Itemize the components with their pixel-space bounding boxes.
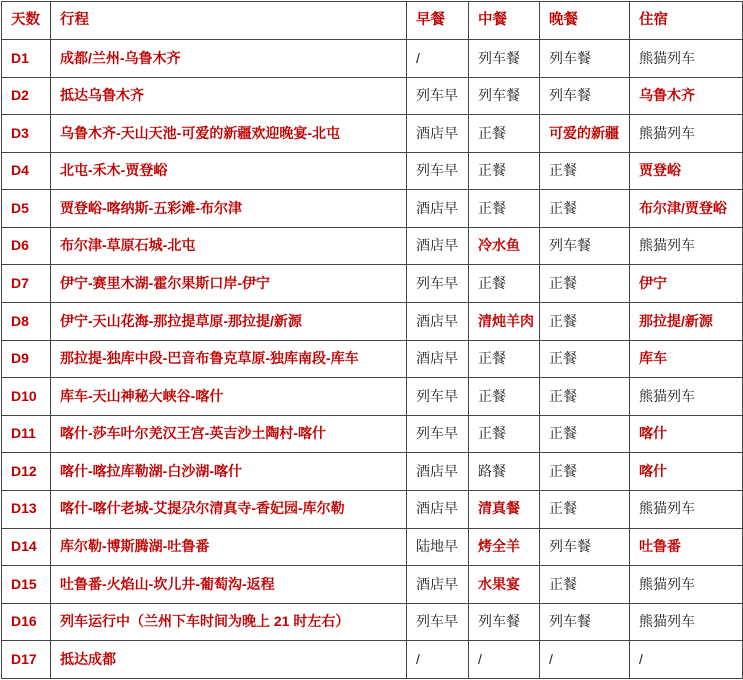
cell-dinner: 列车餐 <box>540 40 630 78</box>
cell-day: D15 <box>2 566 51 604</box>
cell-dinner: 正餐 <box>540 152 630 190</box>
table-row: D17抵达成都//// <box>2 641 743 679</box>
cell-itinerary: 喀什-喀什老城-艾提尕尔清真寺-香妃园-库尔勒 <box>51 490 407 528</box>
cell-lunch: / <box>469 641 540 679</box>
cell-itinerary: 吐鲁番-火焰山-坎儿井-葡萄沟-返程 <box>51 566 407 604</box>
cell-lunch: 正餐 <box>469 265 540 303</box>
cell-itinerary: 成都/兰州-乌鲁木齐 <box>51 40 407 78</box>
cell-lodging: 贾登峪 <box>630 152 743 190</box>
table-row: D15吐鲁番-火焰山-坎儿井-葡萄沟-返程酒店早水果宴正餐熊猫列车 <box>2 566 743 604</box>
table-row: D11喀什-莎车叶尔羌汉王宫-英吉沙土陶村-喀什列车早正餐正餐喀什 <box>2 415 743 453</box>
cell-day: D11 <box>2 415 51 453</box>
itinerary-table: 天数 行程 早餐 中餐 晚餐 住宿 D1成都/兰州-乌鲁木齐/列车餐列车餐熊猫列… <box>1 1 743 679</box>
cell-lunch: 正餐 <box>469 340 540 378</box>
cell-day: D1 <box>2 40 51 78</box>
table-row: D3乌鲁木齐-天山天池-可爱的新疆欢迎晚宴-北屯酒店早正餐可爱的新疆熊猫列车 <box>2 115 743 153</box>
cell-itinerary: 抵达成都 <box>51 641 407 679</box>
cell-breakfast: 陆地早 <box>407 528 469 566</box>
cell-day: D12 <box>2 453 51 491</box>
cell-day: D10 <box>2 378 51 416</box>
column-header-dinner: 晚餐 <box>540 2 630 40</box>
cell-breakfast: 酒店早 <box>407 566 469 604</box>
cell-lunch: 列车餐 <box>469 77 540 115</box>
cell-day: D14 <box>2 528 51 566</box>
cell-dinner: 正餐 <box>540 415 630 453</box>
column-header-itinerary: 行程 <box>51 2 407 40</box>
cell-breakfast: 酒店早 <box>407 115 469 153</box>
cell-lodging: 库车 <box>630 340 743 378</box>
cell-lunch: 清真餐 <box>469 490 540 528</box>
table-row: D14库尔勒-博斯腾湖-吐鲁番陆地早烤全羊列车餐吐鲁番 <box>2 528 743 566</box>
cell-breakfast: / <box>407 641 469 679</box>
cell-dinner: 正餐 <box>540 190 630 228</box>
cell-breakfast: 列车早 <box>407 603 469 641</box>
table-row: D12喀什-喀拉库勒湖-白沙湖-喀什酒店早路餐正餐喀什 <box>2 453 743 491</box>
cell-lunch: 烤全羊 <box>469 528 540 566</box>
cell-lodging: 熊猫列车 <box>630 378 743 416</box>
cell-dinner: 列车餐 <box>540 603 630 641</box>
cell-dinner: 正餐 <box>540 303 630 341</box>
cell-itinerary: 库车-天山神秘大峡谷-喀什 <box>51 378 407 416</box>
cell-breakfast: 酒店早 <box>407 303 469 341</box>
cell-breakfast: 酒店早 <box>407 340 469 378</box>
cell-lodging: 喀什 <box>630 453 743 491</box>
cell-itinerary: 库尔勒-博斯腾湖-吐鲁番 <box>51 528 407 566</box>
cell-dinner: 列车餐 <box>540 227 630 265</box>
cell-day: D8 <box>2 303 51 341</box>
cell-lodging: 乌鲁木齐 <box>630 77 743 115</box>
cell-day: D9 <box>2 340 51 378</box>
table-row: D13喀什-喀什老城-艾提尕尔清真寺-香妃园-库尔勒酒店早清真餐正餐熊猫列车 <box>2 490 743 528</box>
cell-day: D7 <box>2 265 51 303</box>
cell-lunch: 列车餐 <box>469 603 540 641</box>
cell-lunch: 冷水鱼 <box>469 227 540 265</box>
cell-breakfast: 列车早 <box>407 152 469 190</box>
cell-lodging: 熊猫列车 <box>630 566 743 604</box>
cell-itinerary: 乌鲁木齐-天山天池-可爱的新疆欢迎晚宴-北屯 <box>51 115 407 153</box>
cell-lodging: 吐鲁番 <box>630 528 743 566</box>
cell-itinerary: 北屯-禾木-贾登峪 <box>51 152 407 190</box>
cell-dinner: / <box>540 641 630 679</box>
cell-lodging: 熊猫列车 <box>630 227 743 265</box>
cell-breakfast: 酒店早 <box>407 190 469 228</box>
cell-day: D16 <box>2 603 51 641</box>
cell-itinerary: 布尔津-草原石城-北屯 <box>51 227 407 265</box>
cell-lodging: / <box>630 641 743 679</box>
column-header-day: 天数 <box>2 2 51 40</box>
cell-lunch: 正餐 <box>469 152 540 190</box>
cell-itinerary: 贾登峪-喀纳斯-五彩滩-布尔津 <box>51 190 407 228</box>
table-row: D7伊宁-赛里木湖-霍尔果斯口岸-伊宁列车早正餐正餐伊宁 <box>2 265 743 303</box>
cell-itinerary: 列车运行中（兰州下车时间为晚上 21 时左右） <box>51 603 407 641</box>
cell-lunch: 正餐 <box>469 115 540 153</box>
cell-breakfast: 酒店早 <box>407 453 469 491</box>
cell-itinerary: 抵达乌鲁木齐 <box>51 77 407 115</box>
table-row: D5贾登峪-喀纳斯-五彩滩-布尔津酒店早正餐正餐布尔津/贾登峪 <box>2 190 743 228</box>
cell-breakfast: 列车早 <box>407 415 469 453</box>
cell-dinner: 可爱的新疆 <box>540 115 630 153</box>
cell-lunch: 正餐 <box>469 378 540 416</box>
table-row: D9那拉提-独库中段-巴音布鲁克草原-独库南段-库车酒店早正餐正餐库车 <box>2 340 743 378</box>
column-header-breakfast: 早餐 <box>407 2 469 40</box>
cell-lunch: 正餐 <box>469 415 540 453</box>
cell-breakfast: 列车早 <box>407 378 469 416</box>
cell-lodging: 伊宁 <box>630 265 743 303</box>
table-row: D6布尔津-草原石城-北屯酒店早冷水鱼列车餐熊猫列车 <box>2 227 743 265</box>
cell-dinner: 正餐 <box>540 490 630 528</box>
column-header-lunch: 中餐 <box>469 2 540 40</box>
cell-lodging: 喀什 <box>630 415 743 453</box>
cell-lunch: 正餐 <box>469 190 540 228</box>
cell-lunch: 路餐 <box>469 453 540 491</box>
cell-day: D13 <box>2 490 51 528</box>
cell-breakfast: 酒店早 <box>407 490 469 528</box>
cell-itinerary: 伊宁-天山花海-那拉提草原-那拉提/新源 <box>51 303 407 341</box>
table-row: D2抵达乌鲁木齐列车早列车餐列车餐乌鲁木齐 <box>2 77 743 115</box>
cell-day: D17 <box>2 641 51 679</box>
cell-dinner: 正餐 <box>540 566 630 604</box>
cell-lodging: 那拉提/新源 <box>630 303 743 341</box>
table-row: D1成都/兰州-乌鲁木齐/列车餐列车餐熊猫列车 <box>2 40 743 78</box>
cell-lodging: 布尔津/贾登峪 <box>630 190 743 228</box>
cell-lodging: 熊猫列车 <box>630 40 743 78</box>
cell-day: D3 <box>2 115 51 153</box>
cell-dinner: 正餐 <box>540 265 630 303</box>
cell-breakfast: 酒店早 <box>407 227 469 265</box>
cell-itinerary: 喀什-喀拉库勒湖-白沙湖-喀什 <box>51 453 407 491</box>
cell-day: D5 <box>2 190 51 228</box>
cell-day: D6 <box>2 227 51 265</box>
table-header: 天数 行程 早餐 中餐 晚餐 住宿 <box>2 2 743 40</box>
itinerary-page: 天数 行程 早餐 中餐 晚餐 住宿 D1成都/兰州-乌鲁木齐/列车餐列车餐熊猫列… <box>0 0 743 680</box>
cell-dinner: 正餐 <box>540 378 630 416</box>
cell-dinner: 列车餐 <box>540 77 630 115</box>
table-row: D4北屯-禾木-贾登峪列车早正餐正餐贾登峪 <box>2 152 743 190</box>
column-header-lodging: 住宿 <box>630 2 743 40</box>
cell-lodging: 熊猫列车 <box>630 490 743 528</box>
cell-itinerary: 喀什-莎车叶尔羌汉王宫-英吉沙土陶村-喀什 <box>51 415 407 453</box>
cell-lodging: 熊猫列车 <box>630 115 743 153</box>
cell-breakfast: 列车早 <box>407 77 469 115</box>
cell-lunch: 水果宴 <box>469 566 540 604</box>
table-row: D8伊宁-天山花海-那拉提草原-那拉提/新源酒店早清炖羊肉正餐那拉提/新源 <box>2 303 743 341</box>
table-row: D16列车运行中（兰州下车时间为晚上 21 时左右）列车早列车餐列车餐熊猫列车 <box>2 603 743 641</box>
cell-dinner: 列车餐 <box>540 528 630 566</box>
cell-lodging: 熊猫列车 <box>630 603 743 641</box>
cell-lunch: 清炖羊肉 <box>469 303 540 341</box>
cell-lunch: 列车餐 <box>469 40 540 78</box>
cell-day: D2 <box>2 77 51 115</box>
cell-dinner: 正餐 <box>540 453 630 491</box>
cell-day: D4 <box>2 152 51 190</box>
cell-breakfast: 列车早 <box>407 265 469 303</box>
header-row: 天数 行程 早餐 中餐 晚餐 住宿 <box>2 2 743 40</box>
cell-dinner: 正餐 <box>540 340 630 378</box>
itinerary-table-body: D1成都/兰州-乌鲁木齐/列车餐列车餐熊猫列车D2抵达乌鲁木齐列车早列车餐列车餐… <box>2 40 743 679</box>
cell-breakfast: / <box>407 40 469 78</box>
cell-itinerary: 那拉提-独库中段-巴音布鲁克草原-独库南段-库车 <box>51 340 407 378</box>
table-row: D10库车-天山神秘大峡谷-喀什列车早正餐正餐熊猫列车 <box>2 378 743 416</box>
cell-itinerary: 伊宁-赛里木湖-霍尔果斯口岸-伊宁 <box>51 265 407 303</box>
